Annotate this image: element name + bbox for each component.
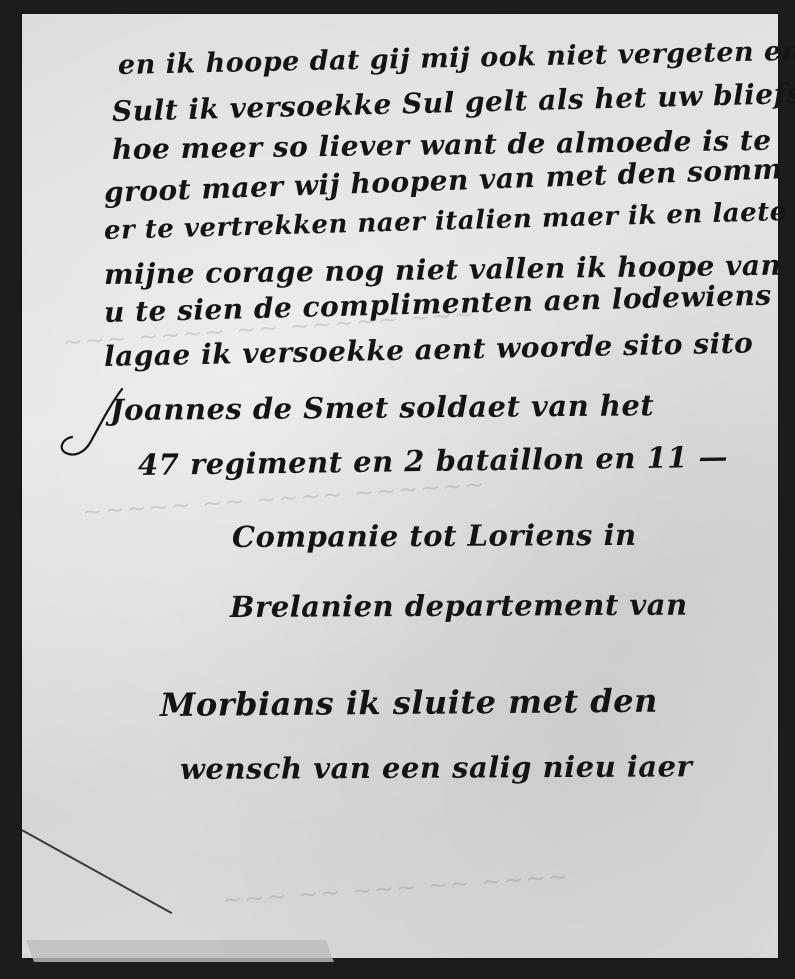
folded-corner: [26, 940, 334, 962]
signature-flourish-icon: [50, 385, 140, 465]
bleed-through-text: ~~~ ~~ ~~~ ~~ ~~~~: [221, 862, 570, 914]
closing-line-2: wensch van een salig nieu iaer: [180, 749, 693, 786]
closing-line-1: Morbians ik sluite met den: [160, 682, 658, 724]
address-region-line: Brelanien departement van: [230, 588, 688, 624]
scanned-page: ~~~ ~~~~ ~~ ~~~~~ ~~~ ~~~~~ ~~ ~~~~ ~~~~…: [0, 0, 795, 979]
address-company-line: Companie tot Loriens in: [232, 518, 637, 554]
signature-name-line: Joannes de Smet soldaet van het: [110, 388, 655, 427]
